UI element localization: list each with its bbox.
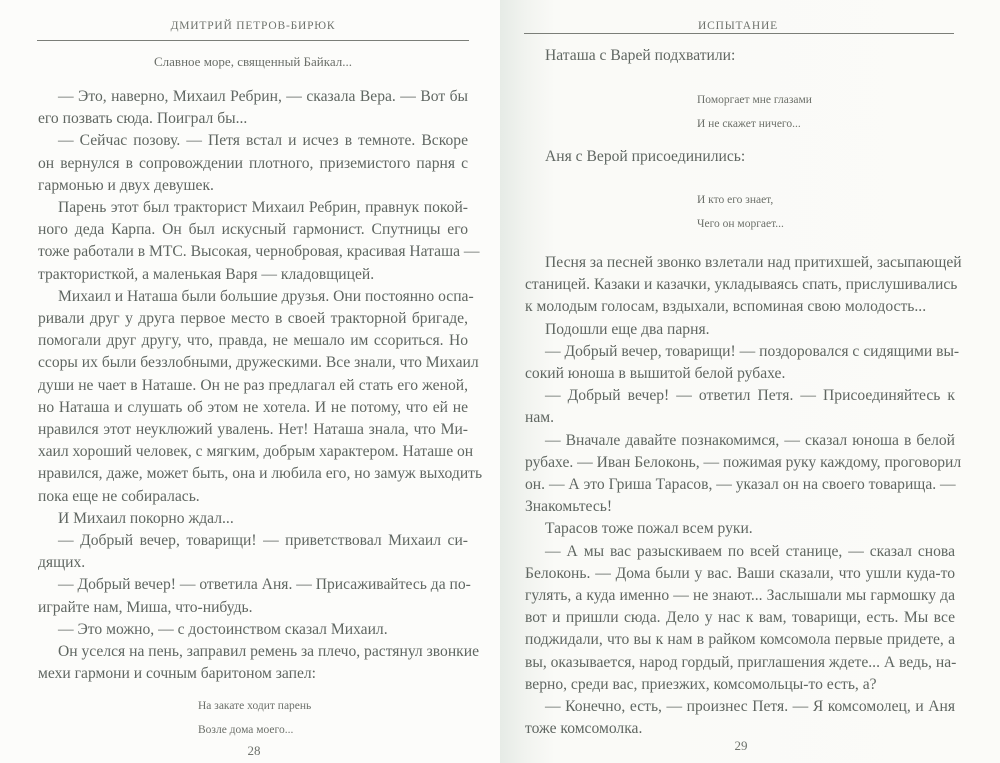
text-line: мехи гармони и сочным баритоном запел: [38, 663, 468, 685]
text-line: — Добрый вечер! — ответила Аня. — Присаж… [38, 574, 468, 596]
text-line: рубахе. — Иван Белоконь, — пожимая руку … [525, 452, 955, 474]
text-line: гармонью и двух девушек. [38, 175, 468, 197]
header-rule [524, 33, 954, 34]
text-line: станицей. Казаки и казачки, укладываясь … [525, 274, 955, 296]
header-rule [37, 40, 469, 41]
text-line: — Конечно, есть, — произнес Петя. — Я ко… [525, 696, 955, 718]
left-page: ДМИТРИЙ ПЕТРОВ-БИРЮК Славное море, свяще… [0, 0, 500, 763]
text-line: сокий юноша в вышитой белой рубахе. [525, 363, 955, 385]
text-line: — Сейчас позову. — Петя встал и исчез в … [38, 130, 468, 152]
right-page: ИСПЫТАНИЕ Наташа с Варей подхватили: Пом… [500, 0, 1000, 763]
text-line: гулять, а куда именно — не знают... Засл… [525, 585, 955, 607]
book-spread: ДМИТРИЙ ПЕТРОВ-БИРЮК Славное море, свяще… [0, 0, 1000, 763]
text-line: Песня за песней звонко взлетали над прит… [525, 252, 955, 274]
verse-intro: Наташа с Варей подхватили: [525, 45, 955, 67]
text-line: нам. [525, 407, 955, 429]
text-line: нравился этот неуклюжий увалень. Нет! На… [38, 419, 468, 441]
text-line: ривали друг у друга первое место в своей… [38, 308, 468, 330]
text-line: — А мы вас разыскиваем по всей станице, … [525, 541, 955, 563]
body-text: Песня за песней звонко взлетали над прит… [525, 252, 955, 740]
text-line: верно, среди вас, приезжих, комсомольцы-… [525, 674, 955, 696]
text-line: Аня с Верой присоединились: [525, 146, 955, 168]
song-verse: Поморгает мне глазами И не скажет ничего… [697, 88, 812, 136]
text-line: вот и пришли сюда. Дело у нас к вам, тов… [525, 607, 955, 629]
text-line: пока еще не собиралась. [38, 486, 468, 508]
page-number: 29 [721, 738, 761, 754]
text-line: тоже работали в МТС. Высокая, черноброва… [38, 241, 468, 263]
verse-line: Поморгает мне глазами [697, 88, 812, 112]
text-line: Парень этот был тракторист Михаил Ребрин… [38, 197, 468, 219]
text-line: Он уселся на пень, заправил ремень за пл… [38, 641, 468, 663]
text-line: хаил хороший человек, с мягким, добрым х… [38, 441, 468, 463]
text-line: играйте нам, Миша, что-нибудь. [38, 597, 468, 619]
verse-line: Чего он моргает... [697, 212, 784, 236]
section-title: Славное море, священный Байкал... [38, 54, 468, 70]
text-line: Михаил и Наташа были большие друзья. Они… [38, 286, 468, 308]
text-line: Тарасов тоже пожал всем руки. [525, 518, 955, 540]
running-head-chapter: ИСПЫТАНИЕ [523, 20, 953, 32]
text-line: — Это, наверно, Михаил Ребрин, — сказала… [38, 86, 468, 108]
verse-line: Возле дома моего... [198, 718, 311, 742]
text-line: И Михаил покорно ждал... [38, 508, 468, 530]
text-line: ссоры их были беззлобными, дружескими. В… [38, 352, 468, 374]
text-line: трактористкой, а маленькая Варя — кладов… [38, 264, 468, 286]
page-number: 28 [234, 743, 274, 759]
text-line: он. — А это Гриша Тарасов, — указал он н… [525, 474, 955, 496]
text-line: вы, оказывается, народ гордый, приглашен… [525, 652, 955, 674]
running-head-author: ДМИТРИЙ ПЕТРОВ-БИРЮК [38, 20, 468, 32]
text-line: но Наташа и слушать об этом не хотела. И… [38, 397, 468, 419]
text-line: дящих. [38, 552, 468, 574]
text-line: Белоконь. — Дома были у вас. Ваши сказал… [525, 563, 955, 585]
text-line: Наташа с Варей подхватили: [525, 45, 955, 67]
verse-line: И кто его знает, [697, 188, 784, 212]
text-line: Знакомьтесь! [525, 496, 955, 518]
verse-line: И не скажет ничего... [697, 112, 812, 136]
text-line: — Это можно, — с достоинством сказал Мих… [38, 619, 468, 641]
text-line: — Вначале давайте познакомимся, — сказал… [525, 430, 955, 452]
text-line: — Добрый вечер! — ответил Петя. — Присое… [525, 385, 955, 407]
text-line: — Добрый вечер, товарищи! — поздоровался… [525, 341, 955, 363]
text-line: — Добрый вечер, товарищи! — приветствова… [38, 530, 468, 552]
text-line: к молодым голосам, вздыхали, вспоминая с… [525, 296, 955, 318]
song-verse: На закате ходит парень Возле дома моего.… [198, 694, 311, 742]
text-line: поджидали, что вы к нам в райком комсомо… [525, 629, 955, 651]
song-verse: И кто его знает, Чего он моргает... [697, 188, 784, 236]
text-line: ного деда Карпа. Он был искусный гармони… [38, 219, 468, 241]
text-line: нравился, даже, может быть, она и любила… [38, 463, 468, 485]
body-text: — Это, наверно, Михаил Ребрин, — сказала… [38, 86, 468, 685]
text-line: Подошли еще два парня. [525, 319, 955, 341]
verse-intro: Аня с Верой присоединились: [525, 146, 955, 168]
verse-line: На закате ходит парень [198, 694, 311, 718]
text-line: помогали друг другу, что, правда, не меш… [38, 330, 468, 352]
text-line: души не чает в Наташе. Он не раз предлаг… [38, 375, 468, 397]
text-line: он вернулся в сопровождении плотного, пр… [38, 153, 468, 175]
text-line: его позвать сюда. Поиграл бы... [38, 108, 468, 130]
